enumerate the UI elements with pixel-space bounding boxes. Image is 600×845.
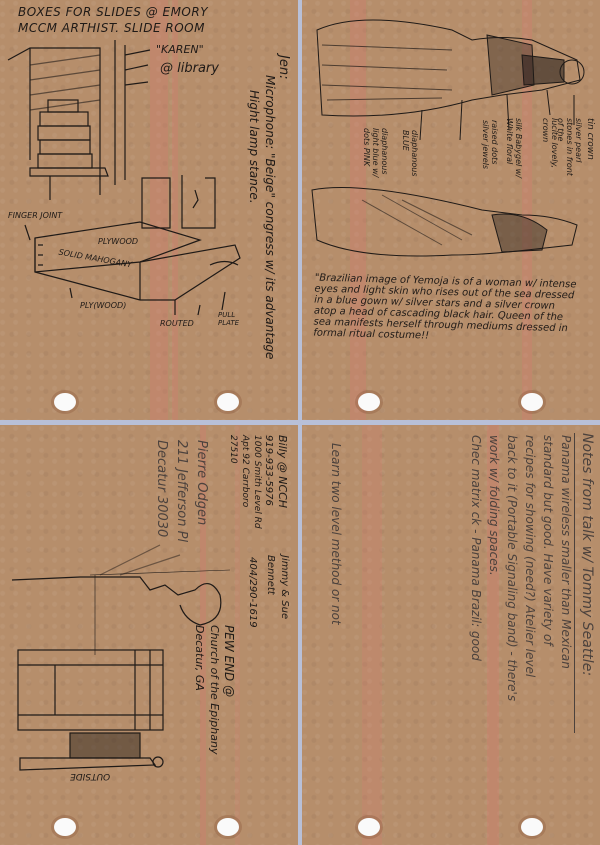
sketch-card-yemoja-costume: tin crown silver pearl stones in front o…	[302, 0, 600, 420]
label-plywood-bottom: PLY(WOOD)	[80, 302, 126, 311]
yemoja-paragraph: "Brazilian image of Yemoja is of a woman…	[313, 273, 580, 346]
printed-stripe	[362, 425, 382, 845]
notes-line-3: recipes for showing (need?) Atelier leve…	[523, 435, 536, 677]
label-routed: ROUTED	[160, 320, 194, 329]
label-finger-joint: FINGER JOINT	[8, 212, 62, 221]
sketch-card-contacts-pew-end: Billy @ NCCH 919-933-5976 1000 Smith Lev…	[0, 425, 298, 845]
sketch-pew-end	[0, 425, 298, 845]
side-note-two-level: Learn two level method or not	[329, 443, 342, 625]
annotation-lucite: lucite lovely, crown	[540, 118, 558, 178]
heading-underline	[574, 433, 575, 733]
label-plywood-top: PLYWOOD	[98, 238, 138, 247]
sketch-card-notes-talk: Notes from talk w/ Tommy Seattle: Panama…	[302, 425, 600, 845]
punch-hole	[54, 818, 76, 836]
annotation-diaphanous-blue: diaphanous BLUE	[400, 130, 418, 175]
notes-line-4: back to it (Portable Signaling band) - t…	[505, 435, 518, 701]
annotation-tin-crown: tin crown	[584, 118, 594, 160]
annotation-diaphanous-light-blue: diaphanous light blue w/ dots PINK	[362, 128, 388, 183]
sketch-slide-room-and-drawer	[0, 0, 298, 420]
punch-hole	[217, 818, 239, 836]
sketch-costume-figures	[302, 0, 600, 420]
label-outside: OUTSIDE	[70, 770, 110, 780]
punch-hole	[358, 818, 380, 836]
punch-hole	[217, 393, 239, 411]
annotation-raised-dots: raised dots silver jewels	[480, 120, 498, 175]
annotation-silver-pearl: silver pearl stones in front of the	[556, 118, 582, 178]
sketch-card-slide-boxes: BOXES FOR SLIDES @ EMORY MCCM ARTHIST. S…	[0, 0, 298, 420]
notes-heading: Notes from talk w/ Tommy Seattle:	[579, 433, 594, 676]
label-pull-plate: PULL PLATE	[218, 312, 248, 327]
punch-hole	[54, 393, 76, 411]
notes-line-1: Panama wireless smaller than Mexican	[559, 435, 572, 669]
punch-hole	[358, 393, 380, 411]
punch-hole	[521, 393, 543, 411]
notes-line-5: work w/ folding spaces.	[487, 435, 500, 576]
notes-line-2: standard but good. Have variety of	[541, 435, 554, 646]
notes-line-6: Chec matrix ck - Panama Brazil: good	[469, 435, 482, 661]
annotation-silk-babygel: silk Babygel w/ White floral	[504, 118, 522, 183]
punch-hole	[521, 818, 543, 836]
